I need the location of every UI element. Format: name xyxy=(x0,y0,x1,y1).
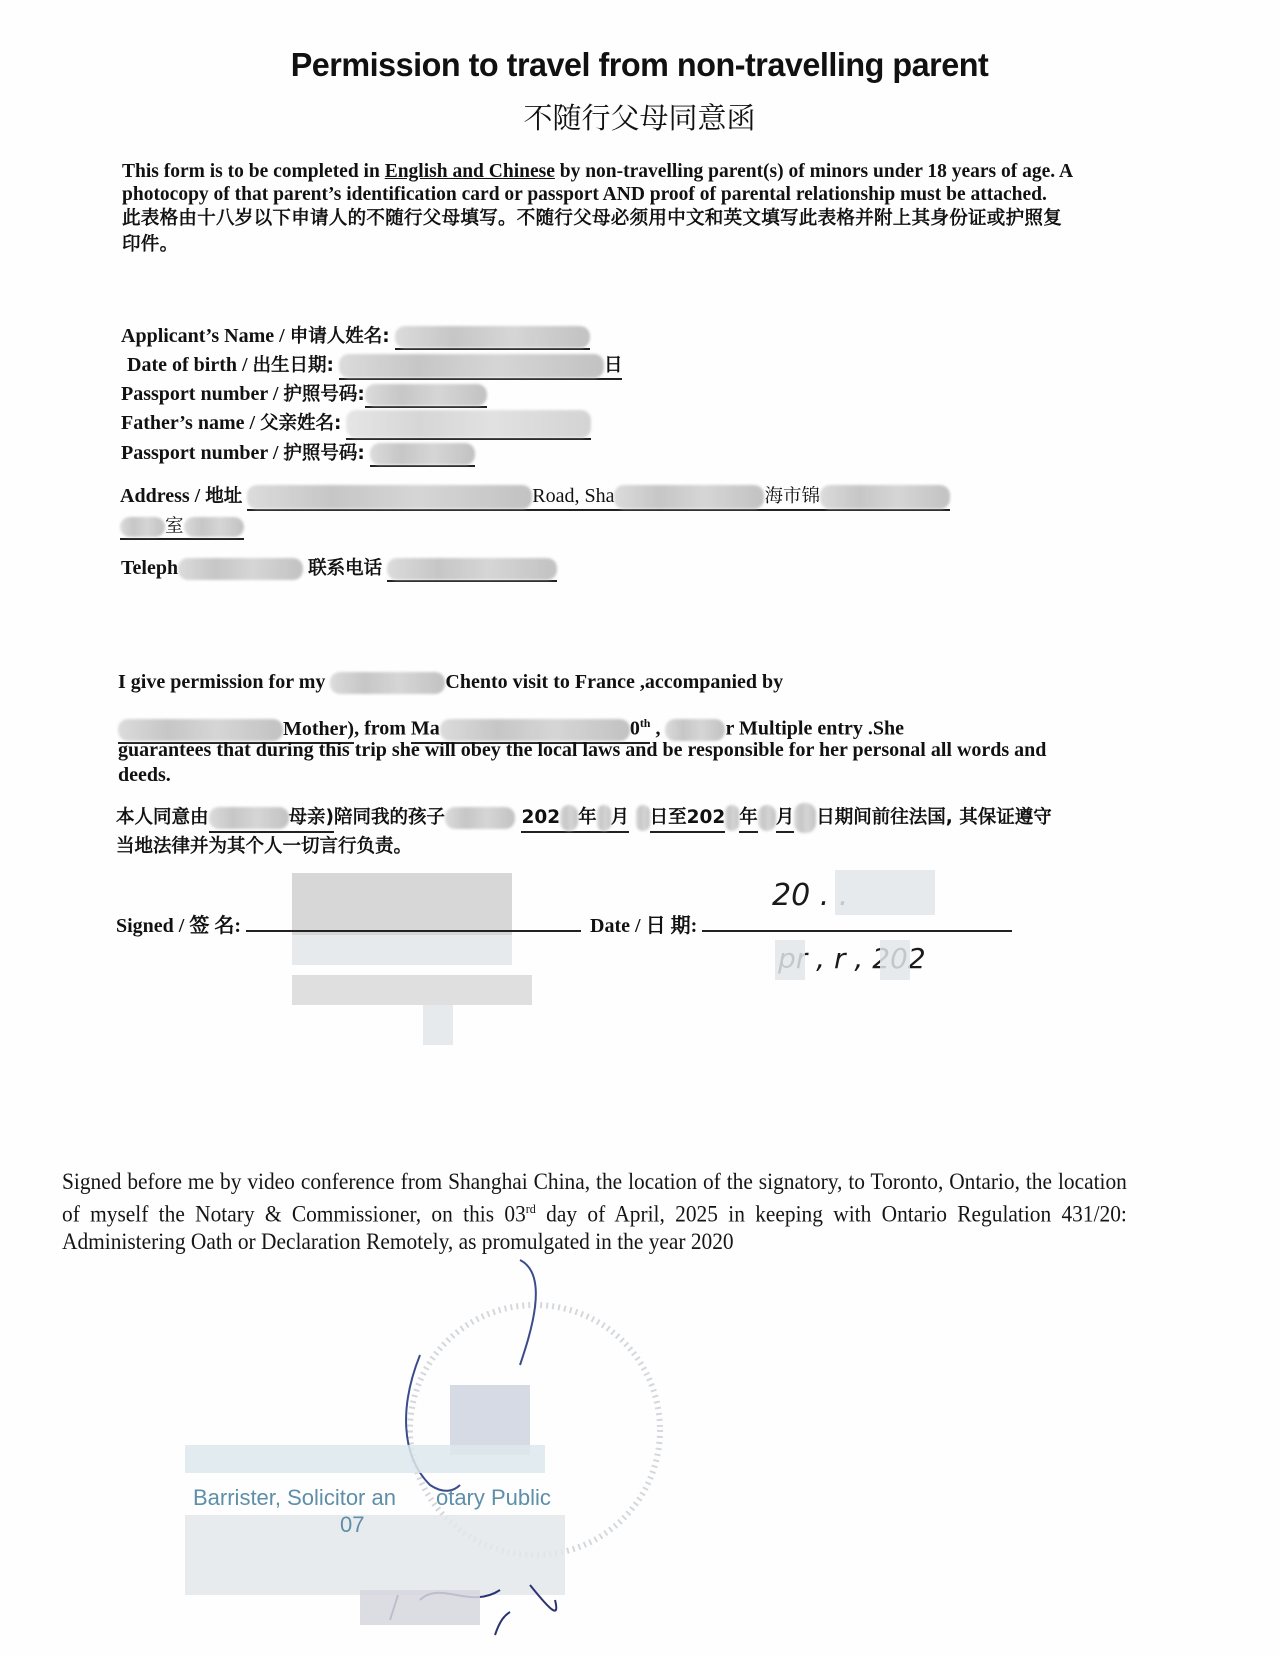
label-dob-cn: 出生日期: xyxy=(253,355,334,376)
label-address-cn: 地址 xyxy=(205,486,242,507)
intro-underlined: English and Chinese xyxy=(385,161,555,182)
value-applicant-passport[interactable] xyxy=(365,383,487,408)
value-applicant-name[interactable] xyxy=(395,325,590,350)
value-address-line2[interactable]: 室 xyxy=(120,512,244,540)
notary-statement: Signed before me by video conference fro… xyxy=(62,1168,1127,1255)
notary-stamp-title: Barrister, Solicitor anotary Public xyxy=(193,1485,551,1511)
field-telephone: Teleph 联系电话 xyxy=(121,554,557,582)
permission-statement-en-line3: guarantees that during this trip she wil… xyxy=(118,738,1058,788)
label-address: Address / xyxy=(120,485,205,507)
label-dob: Date of birth / xyxy=(127,354,253,376)
label-father-name-cn: 父亲姓名: xyxy=(260,413,341,434)
value-address[interactable]: Road, Sha海市锦 xyxy=(247,482,950,511)
label-father-name: Father’s name / xyxy=(121,412,260,434)
permission-statement-cn: 本人同意由母亲)陪同我的孩子 202年月 日至202年月日期间前往法国, 其保证… xyxy=(116,803,1056,860)
field-applicant-passport: Passport number / 护照号码: xyxy=(121,380,487,408)
value-father-name[interactable] xyxy=(346,410,591,440)
intro-text-1: This form is to be completed in xyxy=(122,161,385,182)
notary-stamp-number: 07 xyxy=(340,1512,364,1538)
field-date-of-birth: Date of birth / 出生日期: 日 xyxy=(127,351,622,380)
date-line[interactable] xyxy=(702,930,1012,932)
value-father-passport[interactable] xyxy=(370,442,475,467)
field-address-line2: 室 xyxy=(120,512,244,540)
field-applicant-name: Applicant’s Name / 申请人姓名: xyxy=(121,322,590,350)
label-telephone-cn: 联系电话 xyxy=(308,558,382,579)
permission-statement-en: I give permission for my Chento visit to… xyxy=(118,670,1058,695)
value-telephone[interactable] xyxy=(387,557,557,582)
document-subtitle-cn: 不随行父母同意函 xyxy=(0,96,1279,137)
label-applicant-name: Applicant’s Name / xyxy=(121,325,290,347)
label-father-passport-cn: 护照号码: xyxy=(283,443,364,464)
label-telephone: Teleph xyxy=(121,557,178,579)
field-father-passport: Passport number / 护照号码: xyxy=(121,439,475,467)
intro-text-cn: 此表格由十八岁以下申请人的不随行父母填写。不随行父母必须用中文和英文填写此表格并… xyxy=(122,206,1072,258)
field-father-name: Father’s name / 父亲姓名: xyxy=(121,409,591,440)
label-passport: Passport number / xyxy=(121,383,283,405)
intro-instructions: This form is to be completed in English … xyxy=(122,160,1072,258)
field-address: Address / 地址 Road, Sha海市锦 xyxy=(120,482,950,511)
label-father-passport: Passport number / xyxy=(121,442,283,464)
signature-line[interactable] xyxy=(246,930,581,932)
value-dob[interactable]: 日 xyxy=(339,351,623,380)
label-passport-cn: 护照号码: xyxy=(283,384,364,405)
document-title: Permission to travel from non-travelling… xyxy=(13,46,1266,84)
label-applicant-name-cn: 申请人姓名: xyxy=(290,326,390,347)
date-label: Date / 日 期: xyxy=(590,915,697,937)
signed-label: Signed / 签 名: xyxy=(116,915,241,937)
